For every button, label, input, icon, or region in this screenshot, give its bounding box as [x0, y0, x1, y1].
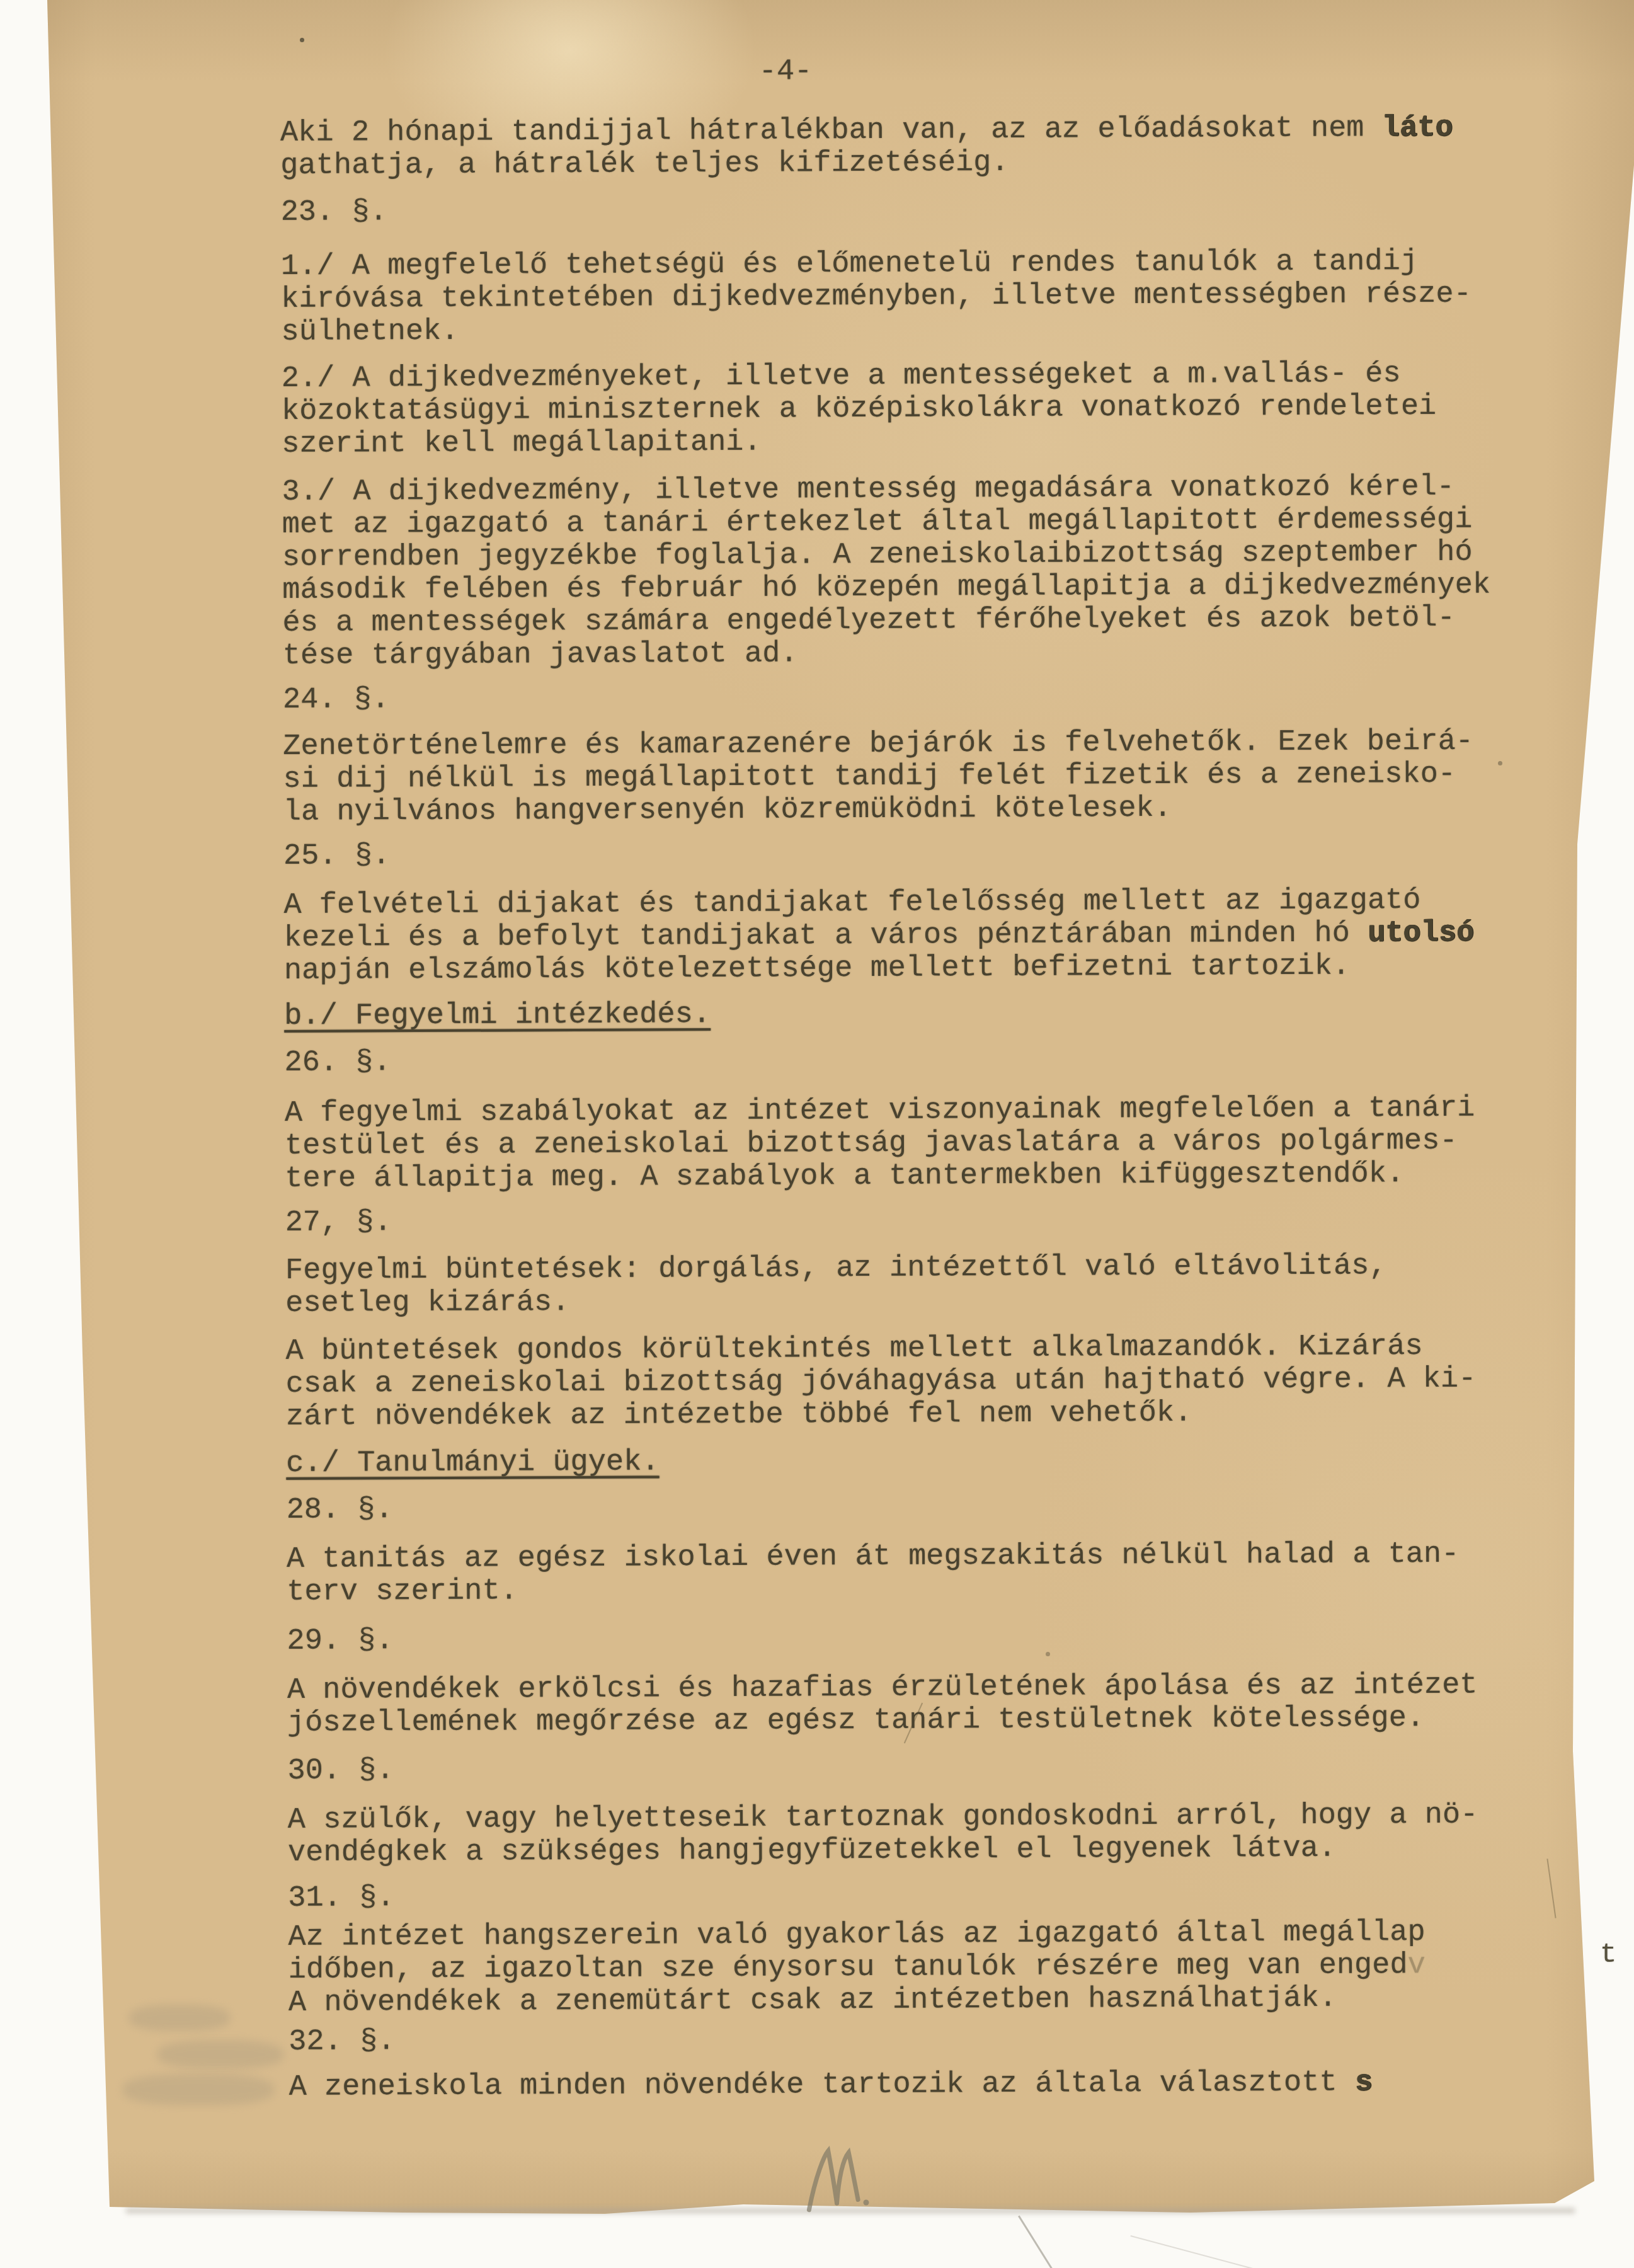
text-line: sülhetnek. — [281, 311, 1471, 349]
text-line: 25. §. — [283, 840, 390, 873]
text-line: 23. §. — [280, 196, 387, 229]
text-line: A növendékek a zenemütárt csak az intéze… — [289, 1982, 1425, 2020]
text-line: csak a zeneiskolai bizottság jóváhagyása… — [286, 1363, 1477, 1401]
text-line: 28. §. — [286, 1494, 392, 1527]
text-line: tése tárgyában javaslatot ad. — [283, 635, 1491, 673]
text-line: 30. §. — [287, 1755, 394, 1788]
text-line: 26. §. — [284, 1046, 391, 1080]
text-line: Aki 2 hónapi tandijjal hátralékban van, … — [280, 112, 1453, 150]
paragraph-24: Zenetörténelemre és kamarazenére bejárók… — [283, 726, 1473, 829]
scan-background: { "page": { "paper_color": "#d8bb8d", "i… — [0, 0, 1634, 2268]
text-line: la nyilvános hangversenyén közremüködni … — [283, 791, 1474, 829]
paragraph-27a: Fegyelmi büntetések: dorgálás, az intéze… — [285, 1250, 1387, 1320]
text-line: 29. §. — [287, 1625, 393, 1658]
paragraph-23-1: 1./ A megfelelő tehetségü és előmenetelü… — [281, 246, 1471, 349]
text-line: zárt növendékek az intézetbe többé fel n… — [286, 1396, 1477, 1434]
paragraph-23-3: 3./ A dijkedvezmény, illetve mentesség m… — [282, 471, 1490, 673]
section-29: 29. §. — [287, 1625, 393, 1658]
paragraph-23-2: 2./ A dijkedvezményeket, illetve a mente… — [282, 358, 1437, 461]
text-line: Fegyelmi büntetések: dorgálás, az intéze… — [285, 1250, 1387, 1288]
paragraph-31: Az intézet hangszerein való gyakorlás az… — [288, 1916, 1425, 2020]
text-line: 31. §. — [288, 1882, 394, 1915]
text-line: A büntetések gondos körültekintés mellet… — [285, 1331, 1476, 1368]
text-line: kezeli és a befolyt tandijakat a város p… — [284, 917, 1475, 955]
section-25: 25. §. — [283, 840, 390, 873]
text-line: napján elszámolás kötelezettsége mellett… — [284, 950, 1475, 988]
text-line: Az intézet hangszerein való gyakorlás az… — [288, 1916, 1425, 1954]
typewritten-text: -4-Aki 2 hónapi tandijjal hátralékban va… — [0, 0, 1634, 2268]
text-line: 2./ A dijkedvezményeket, illetve a mente… — [282, 358, 1437, 396]
section-23: 23. §. — [280, 196, 387, 229]
text-line: és a mentességek számára engedélyezett f… — [282, 602, 1490, 640]
paragraph-25: A felvételi dijakat és tandijakat felelő… — [283, 885, 1474, 988]
text-line: 1./ A megfelelő tehetségü és előmenetelü… — [281, 246, 1471, 283]
text-line: A tanitás az egész iskolai éven át megsz… — [287, 1538, 1460, 1576]
section-32: 32. §. — [289, 2025, 395, 2059]
text-line: vendégkek a szükséges hangjegyfüzetekkel… — [288, 1832, 1478, 1870]
text-line: 32. §. — [289, 2025, 395, 2059]
text-line: A zeneiskola minden növendéke tartozik a… — [289, 2066, 1373, 2104]
text-line: A fegyelmi szabályokat az intézet viszon… — [285, 1092, 1475, 1130]
text-line: szerint kell megállapitani. — [282, 423, 1437, 461]
text-line: terv szerint. — [287, 1571, 1460, 1609]
stray-letter-mark: t — [1600, 1939, 1616, 1971]
paragraph-26: A fegyelmi szabályokat az intézet viszon… — [285, 1092, 1475, 1196]
text-line: Zenetörténelemre és kamarazenére bejárók… — [283, 726, 1473, 764]
text-line: c./ Tanulmányi ügyek. — [286, 1446, 660, 1480]
text-line: -4- — [759, 55, 813, 88]
text-line: időben, az igazoltan sze énysorsu tanuló… — [289, 1949, 1425, 1987]
paragraph-27b: A büntetések gondos körültekintés mellet… — [285, 1331, 1476, 1434]
page-number: -4- — [759, 55, 813, 88]
text-line: b./ Fegyelmi intézkedés. — [284, 999, 711, 1033]
heading-c-tanulmanyi: c./ Tanulmányi ügyek. — [286, 1446, 660, 1480]
text-line: 24. §. — [283, 684, 389, 717]
text-line: testület és a zeneiskolai bizottság java… — [285, 1125, 1475, 1163]
text-line: si dij nélkül is megállapitott tandij fe… — [283, 759, 1473, 796]
section-26: 26. §. — [284, 1046, 391, 1080]
text-line: esetleg kizárás. — [285, 1283, 1387, 1320]
text-line: A szülők, vagy helyetteseik tartoznak go… — [288, 1799, 1478, 1837]
text-line: gathatja, a hátralék teljes kifizetéséig… — [280, 145, 1453, 183]
heading-b-fegyelmi: b./ Fegyelmi intézkedés. — [284, 999, 711, 1033]
paragraph-28: A tanitás az egész iskolai éven át megsz… — [287, 1538, 1460, 1609]
text-line: A növendékek erkölcsi és hazafias érzüle… — [287, 1669, 1478, 1707]
section-24: 24. §. — [283, 684, 389, 717]
text-line: 27, §. — [285, 1206, 391, 1240]
text-line: közoktatásügyi miniszternek a középiskol… — [282, 391, 1437, 428]
handwritten-page-mark — [795, 2141, 889, 2223]
text-line: tere állapitja meg. A szabályok a tanter… — [285, 1158, 1475, 1196]
text-line: A felvételi dijakat és tandijakat felelő… — [283, 885, 1474, 922]
section-27: 27, §. — [285, 1206, 391, 1240]
text-line: kiróvása tekintetében dijkedvezményben, … — [281, 278, 1471, 316]
section-31: 31. §. — [288, 1882, 394, 1915]
paragraph-30: A szülők, vagy helyetteseik tartoznak go… — [288, 1799, 1478, 1870]
section-30: 30. §. — [287, 1755, 394, 1788]
paragraph-29: A növendékek erkölcsi és hazafias érzüle… — [287, 1669, 1478, 1740]
paragraph-intro: Aki 2 hónapi tandijjal hátralékban van, … — [280, 112, 1453, 183]
section-28: 28. §. — [286, 1494, 392, 1527]
paragraph-32: A zeneiskola minden növendéke tartozik a… — [289, 2066, 1373, 2104]
text-line: jószellemének megőrzése az egész tanári … — [287, 1702, 1478, 1740]
